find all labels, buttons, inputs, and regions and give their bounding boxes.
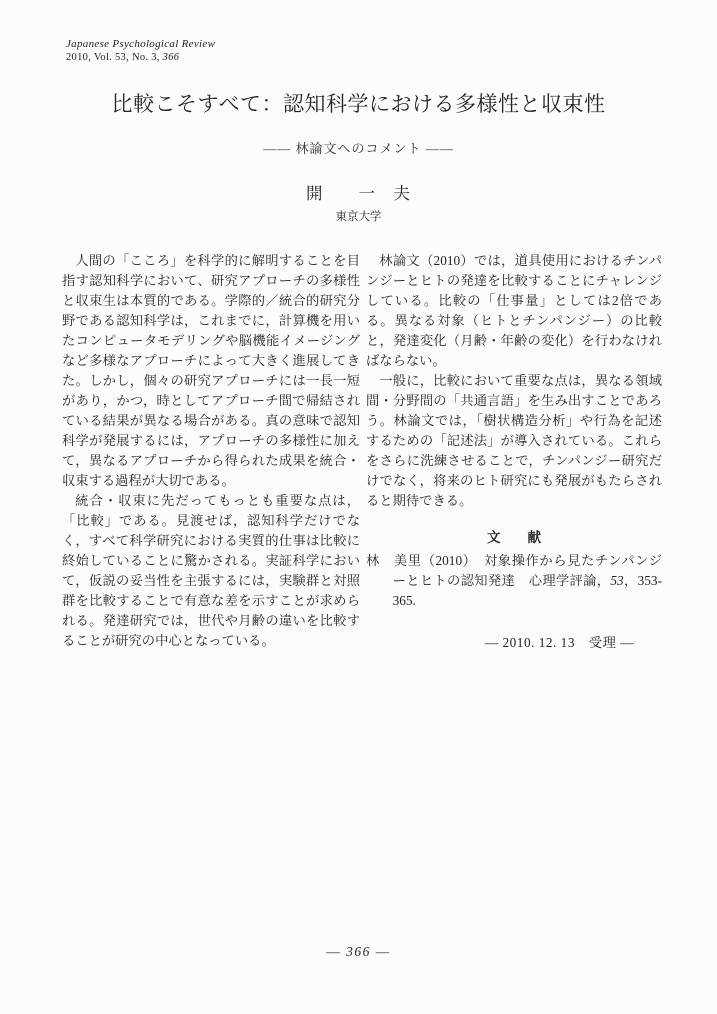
- author-affiliation: 東京大学: [0, 208, 717, 224]
- body-left-column: 人間の「こころ」を科学的に解明することを目指す認知科学において、研究アプローチの…: [62, 251, 360, 651]
- received-date: ― 2010. 12. 13 受理 ―: [366, 633, 662, 653]
- author-name: 開 一 夫: [0, 180, 717, 204]
- body-right-column: 林論文（2010）では，道具使用におけるチンパンジーとヒトの発達を比較することに…: [366, 251, 662, 653]
- journal-page-ref: 366: [163, 52, 180, 63]
- paper-title: 比較こそすべて：認知科学における多様性と収束性: [0, 88, 717, 118]
- journal-name: Japanese Psychological Review: [66, 37, 215, 51]
- paper-subtitle: ―― 林論文へのコメント ――: [0, 138, 717, 157]
- reference-item: 林 美里（2010） 対象操作から見たチンパンジーとヒトの認知発達 心理学評論，…: [366, 551, 662, 611]
- right-paragraph-1: 林論文（2010）では，道具使用におけるチンパンジーとヒトの発達を比較することに…: [366, 251, 662, 371]
- references-heading: 文 献: [366, 528, 662, 548]
- left-paragraph-2: 統合・収束に先だってもっとも重要な点は，「比較」である。見渡せば，認知科学だけで…: [62, 491, 360, 651]
- left-paragraph-1: 人間の「こころ」を科学的に解明することを目指す認知科学において、研究アプローチの…: [62, 251, 360, 491]
- reference-volume: 53: [610, 573, 623, 588]
- page-number: ― 366 ―: [0, 944, 717, 960]
- right-paragraph-2: 一般に，比較において重要な点は，異なる領域間・分野間の「共通言語」を生み出すこと…: [366, 371, 662, 511]
- journal-header: Japanese Psychological Review 2010, Vol.…: [66, 37, 215, 65]
- journal-volume-line: 2010, Vol. 53, No. 3, 366: [66, 51, 215, 65]
- paper-page: Japanese Psychological Review 2010, Vol.…: [0, 0, 717, 1014]
- journal-volume-info: 2010, Vol. 53, No. 3,: [66, 52, 163, 63]
